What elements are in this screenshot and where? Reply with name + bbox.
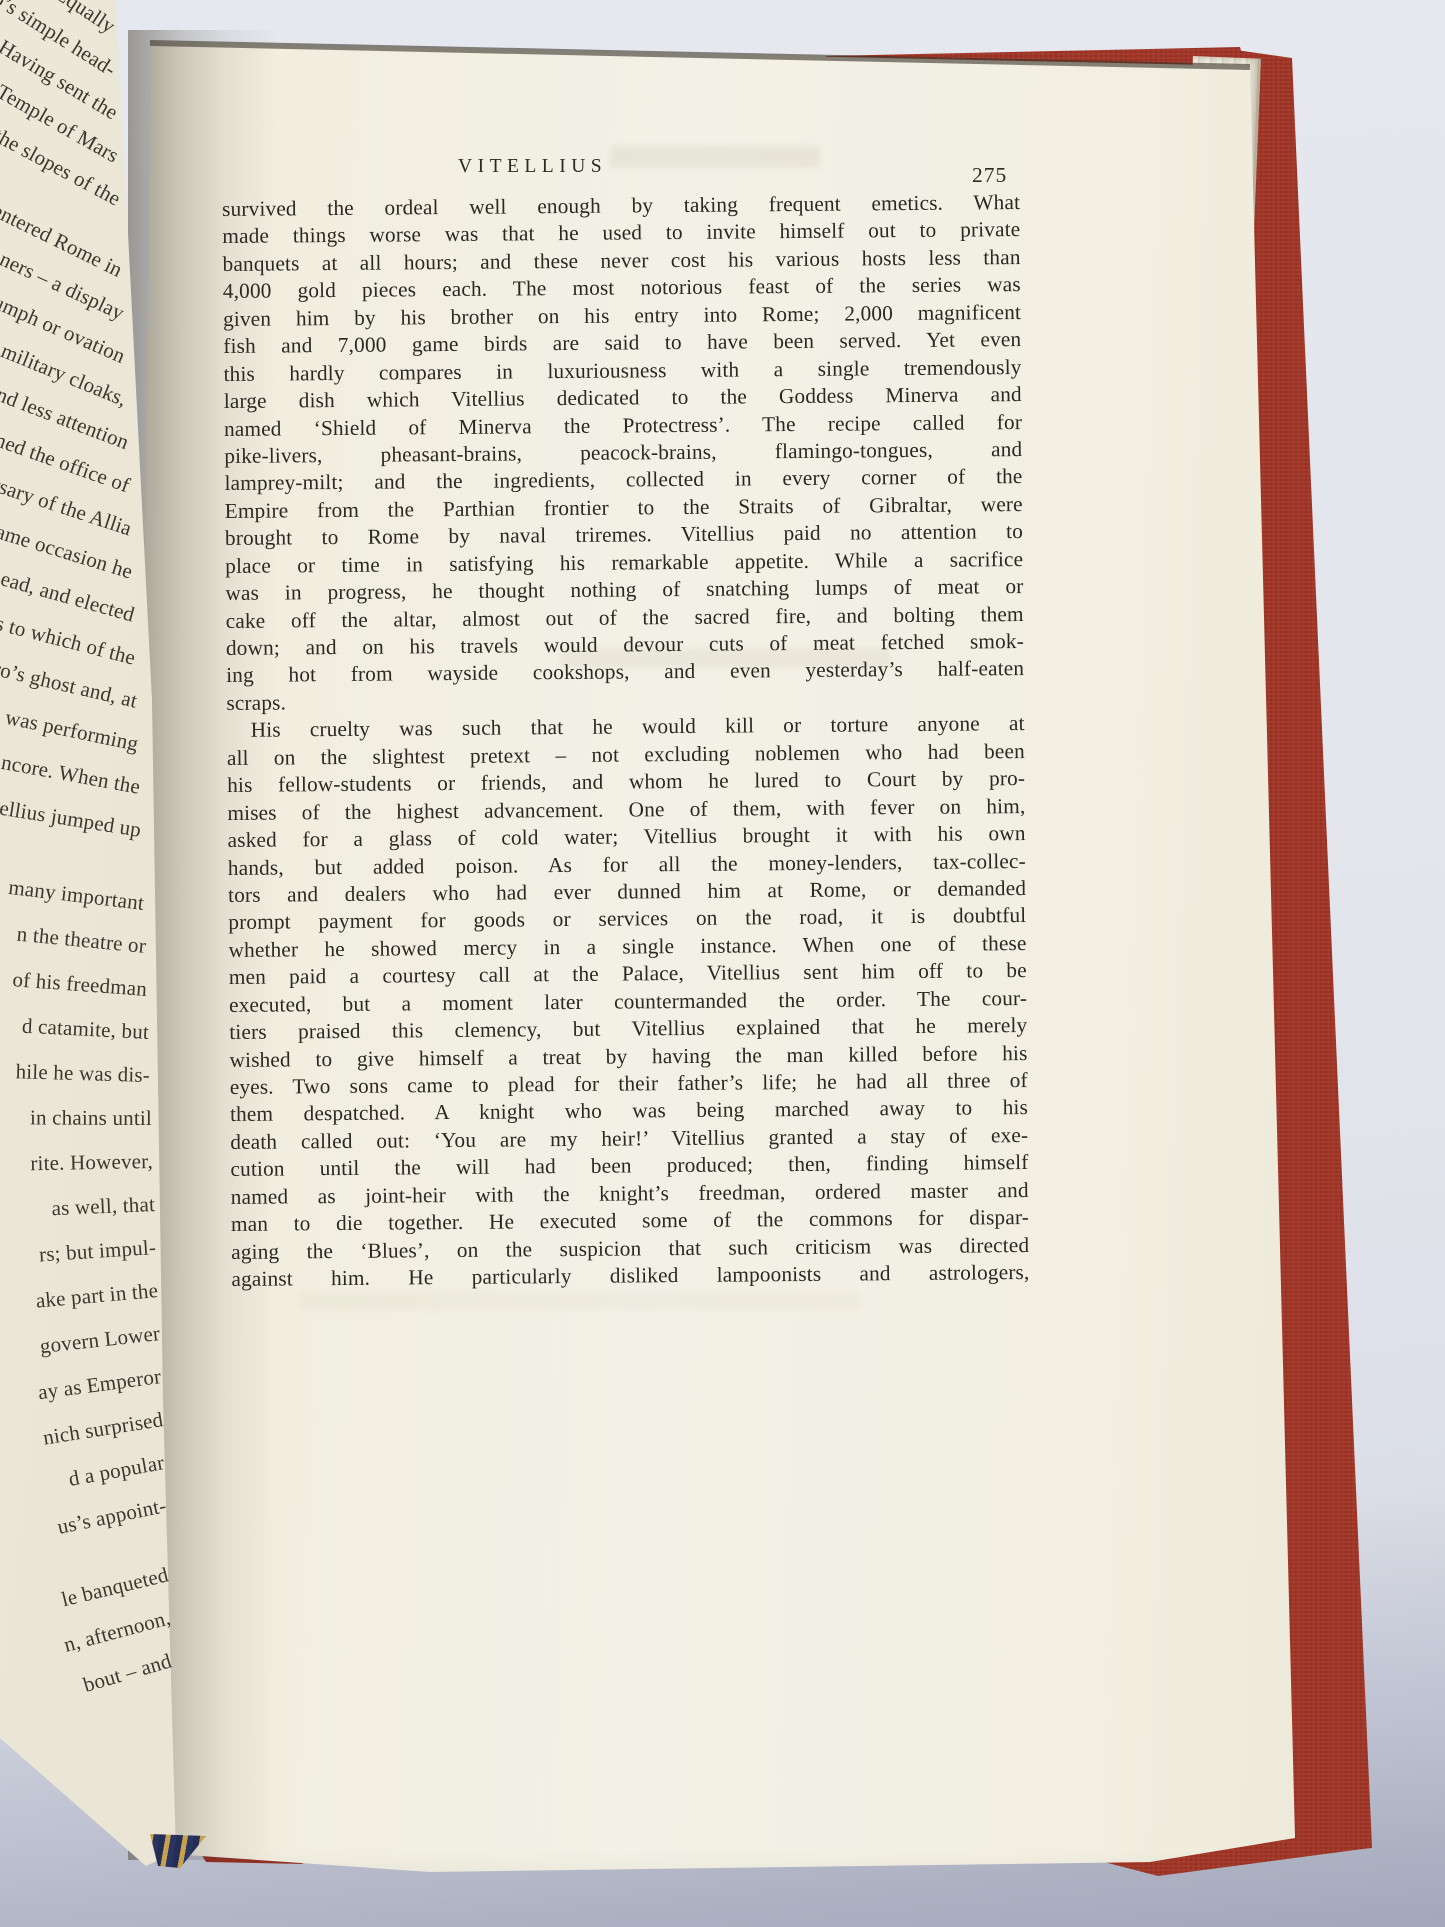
left-page-fragment: rs; but impul- <box>39 1235 157 1267</box>
left-page-fragment: ncore. When the <box>0 750 142 800</box>
left-page-fragment: in chains until <box>30 1105 152 1131</box>
left-page-fragment: d catamite, but <box>21 1014 149 1045</box>
left-page-fragment: d a popular <box>67 1450 167 1492</box>
left-page-fragments: gon around. EquallyOtho’s simple head-um… <box>0 0 1445 1927</box>
left-page-fragment: many important <box>7 875 145 916</box>
left-page-fragment: ake part in the <box>35 1278 159 1314</box>
book-photo: VITELLIUS 275 survived the ordeal well e… <box>0 0 1445 1927</box>
left-page-fragment: nich surprised <box>41 1407 165 1450</box>
left-page-fragment: bout – and <box>81 1649 175 1698</box>
left-page-fragment: le banqueted <box>59 1562 171 1612</box>
left-page-fragment: was performing <box>3 705 140 757</box>
left-page-fragment: as well, that <box>51 1192 155 1221</box>
left-page-fragment: ellius jumped up <box>0 796 143 843</box>
left-page-fragment: of his freedman <box>12 967 148 1002</box>
left-page-fragment: ay as Emperor <box>37 1364 163 1405</box>
left-page-fragment: govern Lower <box>38 1321 161 1359</box>
left-page-fragment: n the theatre or <box>15 922 147 959</box>
left-page-fragment: rite. However, <box>30 1149 153 1176</box>
left-page-fragment: us’s appoint- <box>55 1493 168 1540</box>
left-page-fragment: hile he was dis- <box>16 1059 151 1088</box>
left-page-fragment: n, afternoon, <box>61 1605 173 1657</box>
